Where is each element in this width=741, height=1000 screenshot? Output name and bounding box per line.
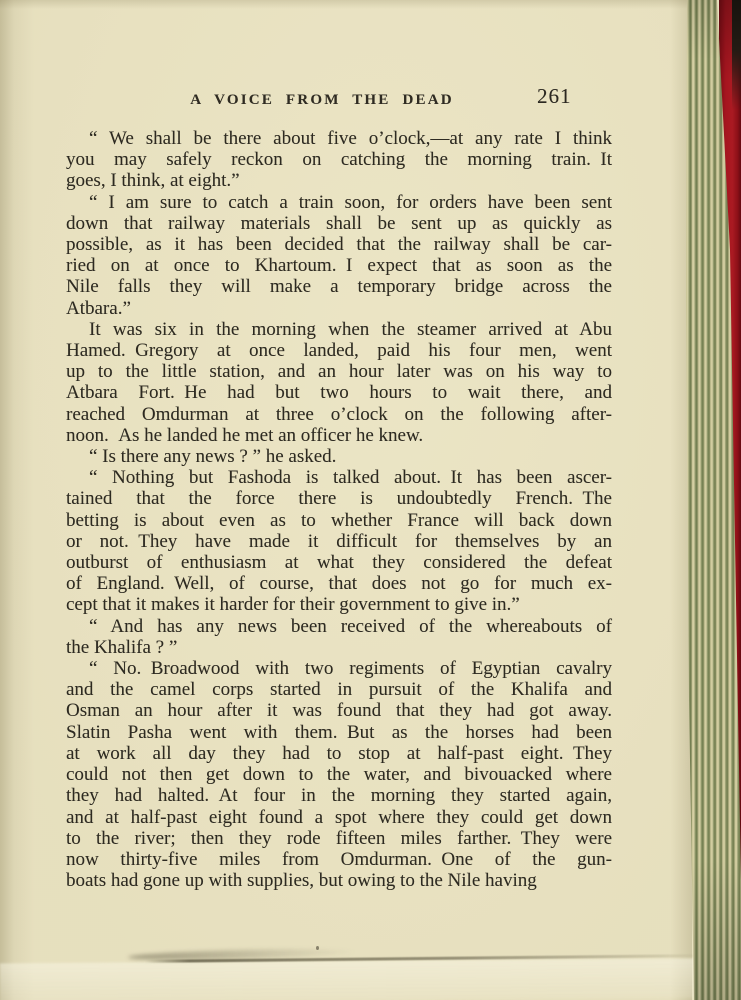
text-line: of England. Well, of course, that does n… [66, 573, 612, 594]
text-line: betting is about even as to whether Fran… [66, 510, 612, 531]
text-line: now thirty-five miles from Omdurman. One… [66, 849, 612, 870]
text-line: It was six in the morning when the steam… [66, 319, 612, 340]
text-line: “ I am sure to catch a train soon, for o… [66, 192, 612, 213]
text-line: Hamed. Gregory at once landed, paid his … [66, 340, 612, 361]
text-line: you may safely reckon on catching the mo… [66, 149, 612, 170]
text-line: and at half-past eight found a spot wher… [66, 807, 612, 828]
page-number: 261 [537, 85, 572, 107]
text-line: could not then get down to the water, an… [66, 764, 612, 785]
text-line: the Khalifa ? ” [66, 637, 612, 658]
text-line: “ Nothing but Fashoda is talked about. I… [66, 467, 612, 488]
text-line: Nile falls they will make a temporary br… [66, 276, 612, 297]
text-line: to the river; then they rode fifteen mil… [66, 828, 612, 849]
text-line: possible, as it has been decided that th… [66, 234, 612, 255]
text-line: up to the little station, and an hour la… [66, 361, 612, 382]
book-cover-corner-shadow [732, 0, 741, 110]
text-line: reached Omdurman at three o’clock on the… [66, 404, 612, 425]
page-body: “ We shall be there about five o’clock,—… [66, 128, 612, 891]
text-line: “ Is there any news ? ” he asked. [66, 446, 612, 467]
text-line: tained that the force there is undoubted… [66, 488, 612, 509]
text-line: Atbara Fort. He had but two hours to wai… [66, 382, 612, 403]
text-line: and the camel corps started in pursuit o… [66, 679, 612, 700]
text-line: Atbara.” [66, 298, 612, 319]
text-line: at work all day they had to stop at half… [66, 743, 612, 764]
book-page: A VOICE FROM THE DEAD 261 “ We shall be … [0, 0, 692, 1000]
text-line: outburst of enthusiasm at what they cons… [66, 552, 612, 573]
text-line: Slatin Pasha went with them. But as the … [66, 722, 612, 743]
text-line: goes, I think, at eight.” [66, 170, 612, 191]
text-line: down that railway materials shall be sen… [66, 213, 612, 234]
paper-speck [316, 946, 319, 950]
text-line: “ And has any news been received of the … [66, 616, 612, 637]
text-line: or not. They have made it difficult for … [66, 531, 612, 552]
text-line: noon. As he landed he met an officer he … [66, 425, 612, 446]
text-line: cept that it makes it harder for their g… [66, 594, 612, 615]
text-line: boats had gone up with supplies, but owi… [66, 870, 612, 891]
text-line: they had halted. At four in the morning … [66, 785, 612, 806]
text-line: ried on at once to Khartoum. I expect th… [66, 255, 612, 276]
text-line: “ No. Broadwood with two regiments of Eg… [66, 658, 612, 679]
text-line: Osman an hour after it was found that th… [66, 700, 612, 721]
book-scan: A VOICE FROM THE DEAD 261 “ We shall be … [0, 0, 741, 1000]
text-line: “ We shall be there about five o’clock,—… [66, 128, 612, 149]
page-bottom-highlight [0, 959, 700, 1000]
running-header-title: A VOICE FROM THE DEAD [66, 92, 578, 108]
